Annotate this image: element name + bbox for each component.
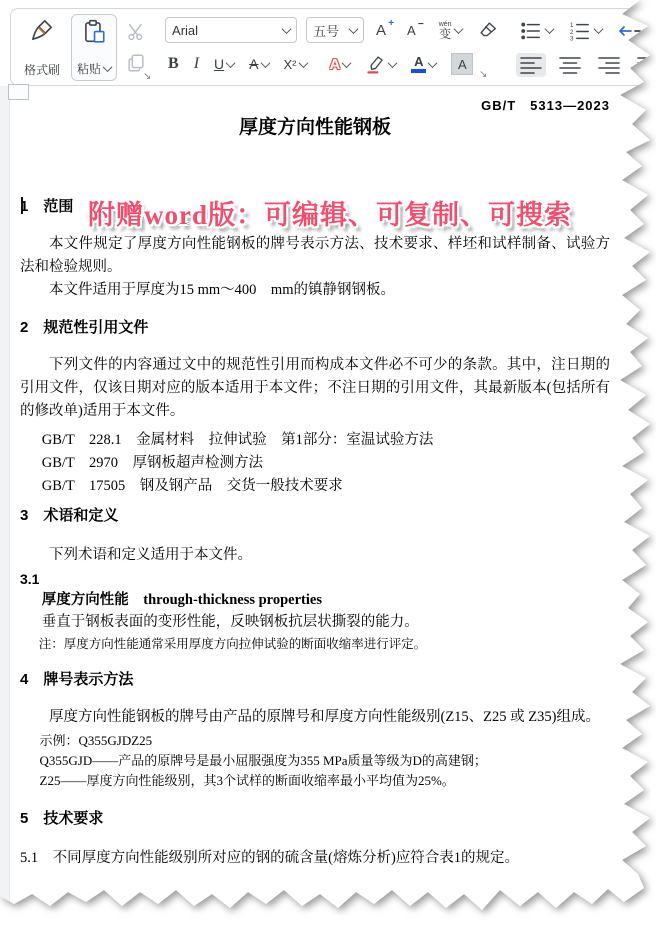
- chevron-down-icon: [544, 24, 554, 34]
- chevron-down-icon: [342, 58, 352, 68]
- doc-subheading: 3.1: [20, 569, 610, 589]
- doc-note: 注：厚度方向性能通常采用厚度方向拉伸试验的断面收缩率进行评定。: [39, 634, 610, 654]
- highlighter-icon: [365, 54, 386, 75]
- shrink-font-icon: A−: [407, 23, 416, 38]
- doc-reference-item: GB/T 17505 钢及钢产品 交货一般技术要求: [42, 475, 610, 498]
- font-name-select[interactable]: Arial: [165, 17, 297, 43]
- bullets-button[interactable]: [516, 18, 556, 44]
- align-center-icon: [558, 55, 582, 75]
- doc-definition: 垂直于钢板表面的变形性能，反映钢板抗层状撕裂的能力。: [42, 612, 610, 633]
- doc-term: 厚度方向性能 through-thickness properties: [42, 589, 610, 612]
- text-effects-button[interactable]: A: [327, 54, 354, 75]
- promo-watermark: 附赠word版：可编辑、可复制、可搜索: [88, 193, 572, 232]
- format-painter-icon: [29, 17, 55, 43]
- svg-text:3: 3: [569, 35, 573, 41]
- paragraph-group: 1 2 3: [512, 9, 656, 85]
- ribbon-toolbar: 格式刷 粘贴: [10, 8, 656, 86]
- doc-paragraph: 厚度方向性能钢板的牌号由产品的原牌号和厚度方向性能级别(Z15、Z25 或 Z3…: [20, 706, 610, 729]
- svg-text:1: 1: [569, 21, 573, 28]
- doc-example: 示例：Q355GJDZ25: [40, 731, 611, 751]
- bold-button[interactable]: B: [165, 53, 182, 75]
- align-center-button[interactable]: [555, 53, 585, 77]
- format-painter-label: 格式刷: [24, 61, 60, 78]
- chevron-down-icon: [593, 24, 603, 34]
- char-shading-button[interactable]: A: [448, 51, 476, 77]
- doc-paragraph: 本文件规定了厚度方向性能钢板的牌号表示方法、技术要求、样坯和试样制备、试验方法和…: [20, 233, 610, 279]
- word-window: 格式刷 粘贴: [0, 0, 656, 927]
- cut-button[interactable]: [125, 21, 147, 43]
- justify-icon: [636, 55, 656, 75]
- char-shading-icon: A: [451, 53, 473, 75]
- font-color-button[interactable]: A: [408, 53, 439, 75]
- decrease-indent-button[interactable]: [614, 19, 646, 43]
- outdent-icon: [617, 21, 643, 41]
- paste-button[interactable]: 粘贴: [71, 14, 117, 81]
- doc-paragraph: 本文件适用于厚度为15 mm～400 mm的镇静钢钢板。: [20, 279, 610, 302]
- strikethrough-button[interactable]: A: [246, 54, 271, 74]
- doc-title: 厚度方向性能钢板: [20, 114, 610, 141]
- phonetic-guide-button[interactable]: wén 变: [436, 19, 465, 42]
- superscript-button[interactable]: X²: [281, 55, 310, 74]
- doc-heading-requirements: 5 技术要求: [20, 809, 610, 829]
- dialog-launcher-icon[interactable]: ↘: [479, 69, 487, 80]
- doc-paragraph: 下列文件的内容通过文中的规范性引用而构成本文件必不可少的条款。其中，注日期的引用…: [20, 354, 610, 423]
- chevron-down-icon: [260, 58, 270, 68]
- format-painter-button[interactable]: 格式刷: [19, 14, 65, 81]
- eraser-icon: [477, 19, 499, 41]
- numbering-button[interactable]: 1 2 3: [565, 18, 605, 44]
- font-group: Arial 五号 A+ A− wén 变: [161, 9, 506, 85]
- highlight-button[interactable]: [362, 52, 399, 77]
- chevron-down-icon: [349, 24, 359, 34]
- text-effects-icon: A: [330, 56, 341, 73]
- document-canvas[interactable]: GB/T 5313—2023 厚度方向性能钢板 1 范围 本文件规定了厚度方向性…: [0, 86, 656, 927]
- torn-page-wrapper: 格式刷 粘贴: [0, 0, 656, 927]
- page-header-number: GB/T 5313—2023: [20, 98, 610, 114]
- align-right-icon: [597, 55, 621, 75]
- doc-heading-terms: 3 术语和定义: [20, 506, 610, 526]
- font-size-select[interactable]: 五号: [306, 17, 364, 43]
- chevron-down-icon: [428, 58, 438, 68]
- shrink-font-button[interactable]: A−: [404, 21, 419, 40]
- doc-reference-item: GB/T 228.1 金属材料 拉伸试验 第1部分：室温试验方法: [42, 429, 610, 452]
- chevron-down-icon: [388, 58, 398, 68]
- dialog-launcher-icon[interactable]: ↘: [143, 71, 151, 82]
- grow-font-button[interactable]: A+: [373, 20, 389, 41]
- font-name-value: Arial: [172, 23, 198, 38]
- doc-heading-references: 2 规范性引用文件: [20, 318, 610, 338]
- align-right-button[interactable]: [594, 53, 624, 77]
- chevron-down-icon: [298, 58, 308, 68]
- bullets-icon: [519, 20, 543, 42]
- doc-example: Q355GJD——产品的原牌号是最小屈服强度为355 MPa质量等级为D的高建钢…: [40, 751, 611, 771]
- numbering-icon: 1 2 3: [568, 20, 592, 42]
- chevron-down-icon: [226, 58, 236, 68]
- doc-clause: 5.1 不同厚度方向性能级别所对应的钢的硫含量(熔炼分析)应符合表1的规定。: [20, 847, 610, 870]
- paste-icon: [81, 18, 107, 44]
- doc-heading-designation: 4 牌号表示方法: [20, 670, 610, 690]
- chevron-down-icon: [103, 62, 113, 72]
- italic-button[interactable]: I: [191, 53, 202, 75]
- chevron-down-icon: [453, 24, 463, 34]
- doc-reference-item: GB/T 2970 厚钢板超声检测方法: [42, 452, 610, 475]
- clipboard-group: 格式刷 粘贴: [11, 9, 155, 85]
- phonetic-guide-icon: wén 变: [439, 21, 452, 40]
- justify-button[interactable]: [633, 53, 656, 77]
- clear-format-button[interactable]: [474, 17, 502, 43]
- align-left-button[interactable]: [516, 53, 546, 77]
- text-cursor: [21, 197, 23, 214]
- align-left-icon: [519, 55, 543, 75]
- chevron-down-icon: [282, 24, 292, 34]
- font-color-icon: A: [411, 55, 426, 73]
- doc-paragraph: 下列术语和定义适用于本文件。: [20, 544, 610, 567]
- underline-button[interactable]: U: [211, 54, 237, 74]
- svg-text:2: 2: [569, 28, 573, 35]
- paste-label: 粘贴: [77, 60, 111, 77]
- grow-font-icon: A+: [376, 22, 386, 39]
- font-size-value: 五号: [313, 21, 339, 40]
- doc-example: Z25——厚度方向性能级别，其3个试样的断面收缩率最小平均值为25%。: [40, 771, 611, 791]
